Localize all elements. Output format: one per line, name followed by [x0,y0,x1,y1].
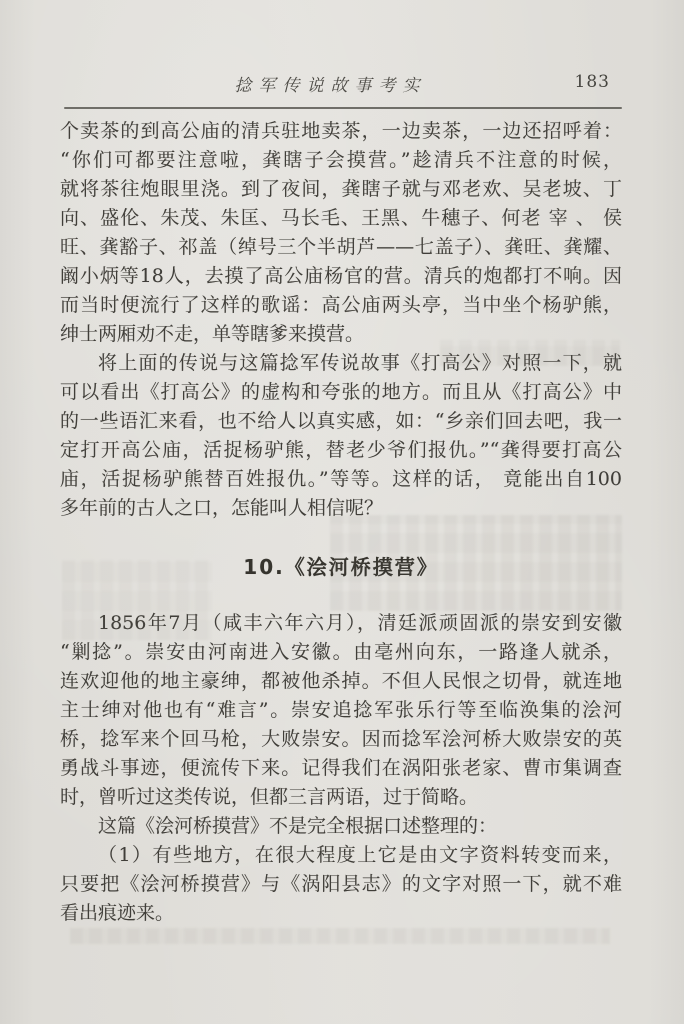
text-line: 而当时便流行了这样的歌谣：高公庙两头亭，当中坐个杨驴熊， [60,291,622,320]
text-line: （1）有些地方，在很大程度上它是由文字资料转变而来， [60,841,622,870]
text-line: 绅士两厢劝不走，单等瞎爹来摸营。 [60,320,622,349]
text-line: 时，曾听过这类传说，但都三言两语，过于简略。 [60,783,622,812]
text-line: 看出痕迹来。 [60,899,622,928]
text-line: 阚小炳等18人，去摸了高公庙杨官的营。清兵的炮都打不响。因 [60,262,622,291]
text-line: 只要把《浍河桥摸营》与《涡阳县志》的文字对照一下，就不难 [60,870,622,899]
text-line: 主士绅对他也有“难言”。崇安追捻军张乐行等至临涣集的浍河 [60,696,622,725]
text-line: “剿捻”。崇安由河南进入安徽。由亳州向东，一路逢人就杀， [60,638,622,667]
text-line: 定打开高公庙，活捉杨驴熊，替老少爷们报仇。”“龚得要打高公 [60,436,622,465]
text-line: 多年前的古人之口，怎能叫人相信呢？ [60,494,622,523]
section-heading: 10.《浍河桥摸营》 [60,553,622,582]
page-body: 个卖茶的到高公庙的清兵驻地卖茶，一边卖茶，一边还招呼着：“你们可都要注意啦，龚瞎… [60,117,622,928]
running-title: 捻军传说故事考实 [235,71,427,96]
scanned-page: 捻军传说故事考实 183 个卖茶的到高公庙的清兵驻地卖茶，一边卖茶，一边还招呼着… [0,0,684,1024]
header-rule [64,107,622,109]
text-line: 连欢迎他的地主豪绅，都被他杀掉。不但人民恨之切骨，就连地 [60,667,622,696]
text-line: 1856年7月（咸丰六年六月），清廷派顽固派的崇安到安徽 [60,609,622,638]
text-line: 就将茶往炮眼里浇。到了夜间，龚瞎子就与邓老欢、吴老坡、丁 [60,175,622,204]
text-line: 可以看出《打高公》的虚构和夸张的地方。而且从《打高公》中 [60,378,622,407]
page-number: 183 [575,72,610,92]
text-line: 勇战斗事迹，便流传下来。记得我们在涡阳张老家、曹市集调查 [60,754,622,783]
page-header: 捻军传说故事考实 183 [64,71,624,97]
text-line: “你们可都要注意啦，龚瞎子会摸营。”趁清兵不注意的时候， [60,146,622,175]
text-line: 旺、龚豁子、祁盖（绰号三个半胡芦——七盖子）、龚旺、龚耀、 [60,233,622,262]
text-line: 将上面的传说与这篇捻军传说故事《打高公》对照一下，就 [60,349,622,378]
text-line: 庙，活捉杨驴熊替百姓报仇。”等等。这样的话， 竟能出自100 [60,465,622,494]
text-line: 这篇《浍河桥摸营》不是完全根据口述整理的： [60,812,622,841]
text-line: 的一些语汇来看，也不给人以真实感，如：“乡亲们回去吧，我一 [60,407,622,436]
ink-bleed-through [70,928,610,944]
text-line: 向、盛伦、朱茂、朱匡、马长毛、王黑、牛穗子、何老 宰 、 侯 [60,204,622,233]
text-line: 个卖茶的到高公庙的清兵驻地卖茶，一边卖茶，一边还招呼着： [60,117,622,146]
text-line: 桥，捻军来个回马枪，大败崇安。因而捻军浍河桥大败崇安的英 [60,725,622,754]
